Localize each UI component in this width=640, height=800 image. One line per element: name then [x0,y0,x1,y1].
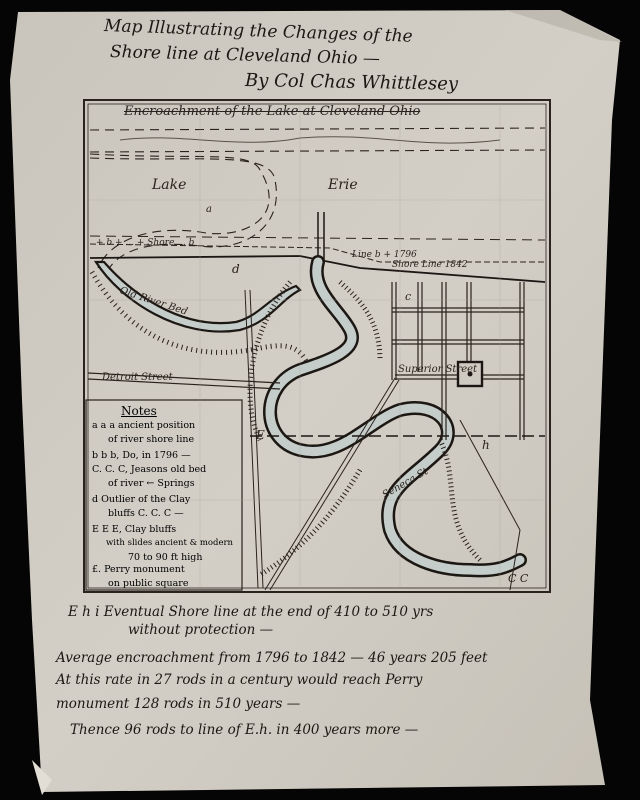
bottom-text-line: without protection — [128,622,273,638]
label-shore-line-1842: Shore Line 1842 [392,260,468,270]
notes-line: a a a ancient position [92,420,195,431]
notes-line: with slides ancient & modern [106,538,233,548]
notes-line: on public square [108,578,188,589]
label-point-e: E [256,428,265,442]
notes-line: 70 to 90 ft high [128,552,202,563]
label-point-c: c [405,290,411,303]
notes-line: of river ← Springs [108,478,195,489]
label-ccc-mark: C C [508,572,528,585]
label-erie: Erie [328,177,358,193]
label-detroit-street: Detroit Street [102,372,173,383]
notes-line: £. Perry monument [92,564,185,575]
label-point-h: h [482,438,490,452]
bottom-text-line: At this rate in 27 rods in a century wou… [56,672,422,688]
map-caption-struck: Encroachment of the Lake at Cleveland Oh… [124,104,420,119]
notes-line: E E E, Clay bluffs [92,524,176,535]
notes-line: C. C. C, Jeasons old bed [92,464,206,475]
label-lake: Lake [152,177,186,193]
notes-line: bluffs C. C. C — [108,508,184,519]
label-shore-line-b: + b + ... + Shore ... b [96,238,194,248]
label-superior-street: Superior Street [398,364,477,375]
label-point-a: a [206,204,212,215]
bottom-text-line: E h i Eventual Shore line at the end of … [68,604,433,620]
bottom-text-line: Average encroachment from 1796 to 1842 —… [56,650,487,666]
label-point-d: d [232,262,240,276]
bottom-text-line: monument 128 rods in 510 years — [56,696,300,712]
notes-line: b b b, Do, in 1796 — [92,450,191,461]
notes-line: of river shore line [108,434,194,445]
notes-legend: Notes a a a ancient position of river sh… [88,402,240,590]
notes-heading: Notes [121,404,157,418]
notes-line: d Outlier of the Clay [92,494,190,505]
label-line-1796: Line b + 1796 [352,250,417,260]
document-author: By Col Chas Whittlesey [245,70,458,95]
bottom-text-line: Thence 96 rods to line of E.h. in 400 ye… [70,722,418,738]
